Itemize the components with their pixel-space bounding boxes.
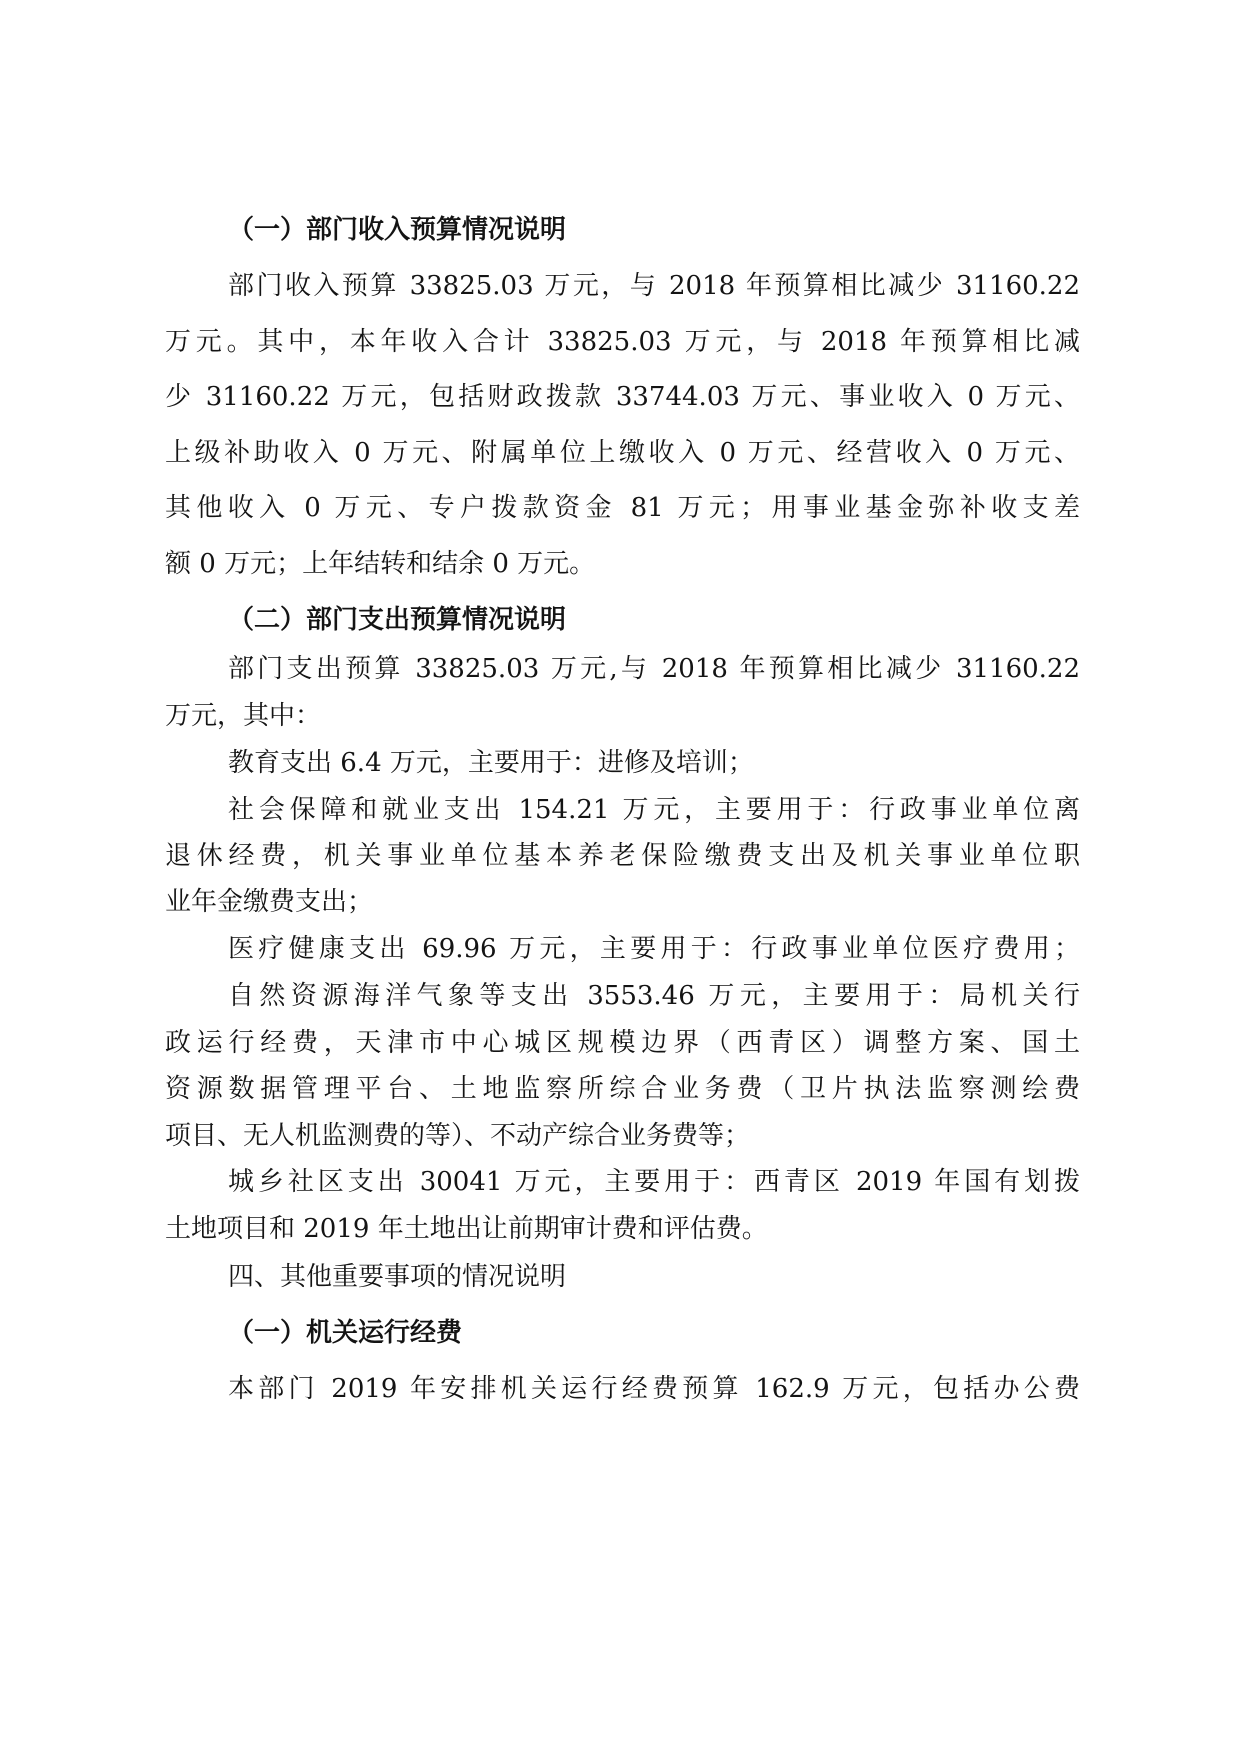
paragraph-line: 业年金缴费支出； [165,889,373,915]
paragraph-line: 万元。其中，本年收入合计 33825.03 万元，与 2018 年预算相比减 [165,329,1080,355]
expense-item-education: 教育支出 6.4 万元，主要用于：进修及培训； [228,750,754,776]
section-heading-other-matters: 四、其他重要事项的情况说明 [228,1264,566,1290]
paragraph-line: 万元，其中： [165,703,321,729]
expense-item-urban-rural: 城乡社区支出 30041 万元，主要用于：西青区 2019 年国有划拨 [228,1169,1080,1195]
paragraph-line: 上级补助收入 0 万元、附属单位上缴收入 0 万元、经营收入 0 万元、 [165,440,1080,466]
section-heading-expense-budget: （二）部门支出预算情况说明 [228,607,566,633]
paragraph-line: 少 31160.22 万元，包括财政拨款 33744.03 万元、事业收入 0 … [165,384,1080,410]
paragraph-line: 本部门 2019 年安排机关运行经费预算 162.9 万元，包括办公费 [228,1376,1080,1402]
expense-item-healthcare: 医疗健康支出 69.96 万元，主要用于：行政事业单位医疗费用； [228,936,1080,962]
section-heading-operating-expenses: （一）机关运行经费 [228,1320,462,1346]
paragraph-line: 政运行经费，天津市中心城区规模边界（西青区）调整方案、国土 [165,1030,1080,1056]
expense-item-social-security: 社会保障和就业支出 154.21 万元，主要用于：行政事业单位离 [228,797,1080,823]
section-heading-income-budget: （一）部门收入预算情况说明 [228,217,566,243]
paragraph-line: 资源数据管理平台、土地监察所综合业务费（卫片执法监察测绘费 [165,1076,1080,1102]
paragraph-line: 额 0 万元；上年结转和结余 0 万元。 [165,551,595,577]
expense-item-natural-resources: 自然资源海洋气象等支出 3553.46 万元，主要用于：局机关行 [228,983,1080,1009]
paragraph-line: 项目、无人机监测费的等）、不动产综合业务费等； [165,1123,750,1149]
paragraph-line: 部门收入预算 33825.03 万元，与 2018 年预算相比减少 31160.… [228,273,1080,299]
paragraph-line: 退休经费，机关事业单位基本养老保险缴费支出及机关事业单位职 [165,843,1080,869]
paragraph-line: 部门支出预算 33825.03 万元,与 2018 年预算相比减少 31160.… [228,656,1080,682]
paragraph-line: 土地项目和 2019 年土地出让前期审计费和评估费。 [165,1216,768,1242]
document-page: （一）部门收入预算情况说明 部门收入预算 33825.03 万元，与 2018 … [0,0,1241,1755]
paragraph-line: 其他收入 0 万元、专户拨款资金 81 万元；用事业基金弥补收支差 [165,495,1080,521]
